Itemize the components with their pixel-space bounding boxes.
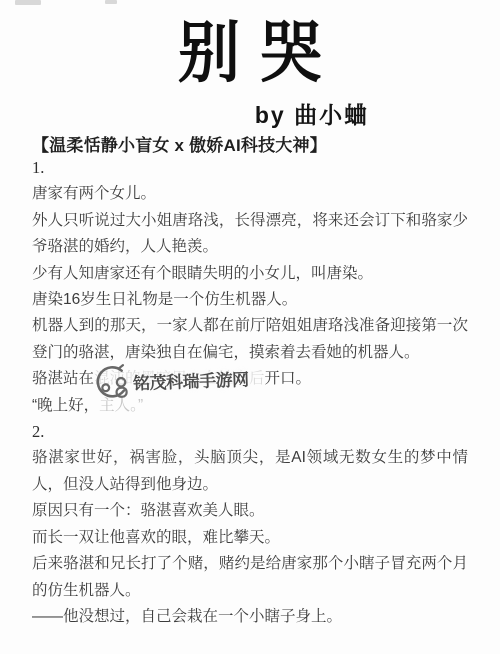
robot-greeting-line: “晚上好，主人。” — [32, 393, 468, 419]
obscured-line-faded-text: 混沌的黑暗里，在她身后 — [94, 370, 265, 387]
watermark-obscured-line: 骆湛站在混沌的黑暗里，在她身后开口。 — [32, 366, 468, 392]
paragraph: ——他没想过，自己会栽在一个小瞎子身上。 — [32, 604, 468, 630]
paragraph: 唐家有两个女儿。 — [32, 181, 468, 207]
crop-artifact — [15, 0, 41, 5]
pairing-tagline: 【温柔恬静小盲女 x 傲娇AI科技大神】 — [32, 131, 327, 156]
novel-title: 别哭 — [0, 11, 500, 95]
crop-artifact — [105, 0, 117, 4]
paragraph: 后来骆湛和兄长打了个赌，赌约是给唐家那个小瞎子冒充两个月的仿生机器人。 — [32, 551, 468, 604]
greeting-open: “晚上好， — [32, 397, 99, 414]
story-body: 1. 唐家有两个女儿。 外人只听说过大小姐唐珞浅，长得漂亮，将来还会订下和骆家少… — [32, 155, 468, 630]
paragraph: 外人只听说过大小姐唐珞浅，长得漂亮，将来还会订下和骆家少爷骆湛的婚约，人人艳羡。 — [32, 208, 468, 261]
paragraph: 唐染16岁生日礼物是一个仿生机器人。 — [32, 287, 468, 313]
greeting-faded-text: 主人。 — [99, 397, 138, 414]
obscured-line-suffix: 开口。 — [265, 370, 312, 387]
paragraph: 少有人知唐家还有个眼睛失明的小女儿，叫唐染。 — [32, 261, 468, 287]
paragraph: 骆湛家世好，祸害脸，头脑顶尖，是AI领域无数女生的梦中情人，但没人站得到他身边。 — [32, 445, 468, 498]
obscured-line-prefix: 骆湛站在 — [32, 370, 94, 387]
paragraph: 而长一双让他喜欢的眼，难比攀天。 — [32, 525, 468, 551]
author-byline: by 曲小蛐 — [62, 97, 500, 130]
section-number-2: 2. — [32, 419, 468, 445]
greeting-close-quote: ” — [138, 397, 143, 414]
paragraph: 原因只有一个：骆湛喜欢美人眼。 — [32, 498, 468, 524]
section-number-1: 1. — [32, 155, 468, 181]
paragraph: 机器人到的那天，一家人都在前厅陪姐姐唐珞浅准备迎接第一次登门的骆湛，唐染独自在偏… — [32, 313, 468, 366]
novel-intro-page: 别哭 by 曲小蛐 【温柔恬静小盲女 x 傲娇AI科技大神】 1. 唐家有两个女… — [0, 0, 500, 654]
